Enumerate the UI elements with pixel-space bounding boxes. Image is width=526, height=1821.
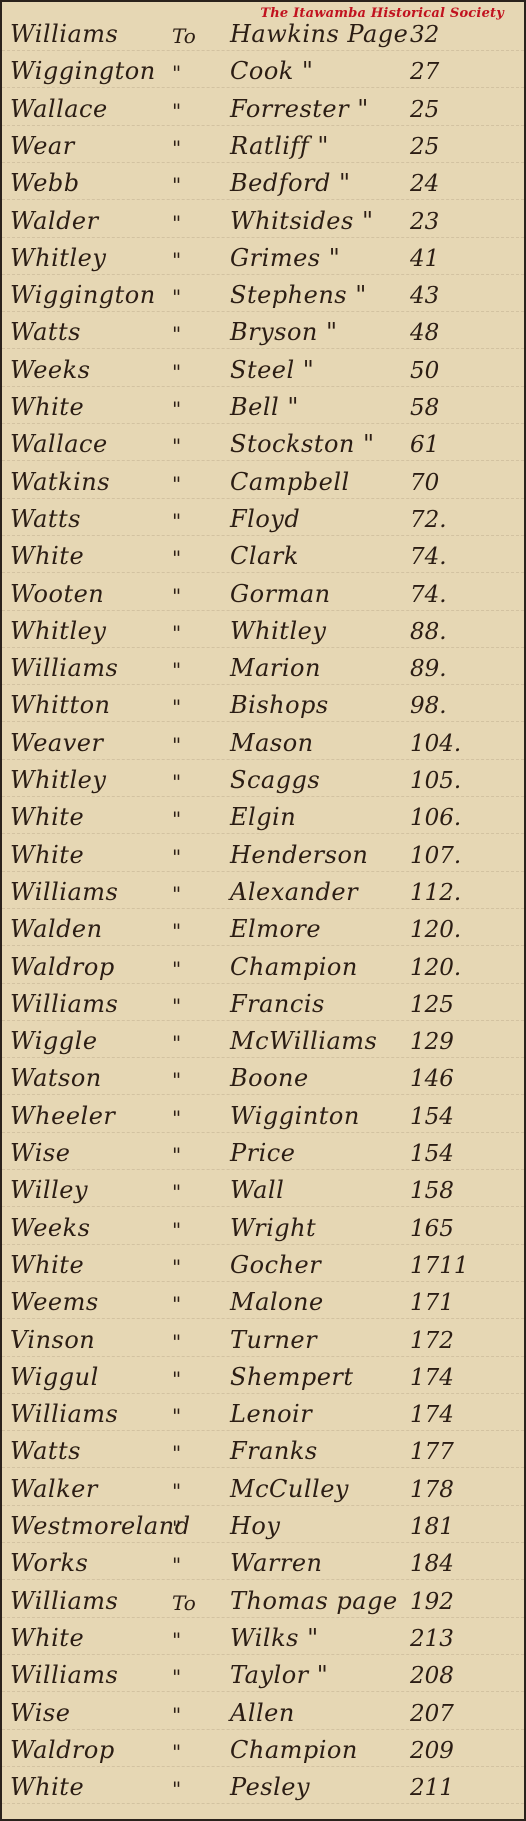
ditto-mark: " <box>172 882 181 906</box>
index-row: Wise"Allen207 <box>2 1695 524 1731</box>
ditto-mark: " <box>172 173 181 197</box>
page-number: 48 <box>410 320 439 346</box>
page-number: 154 <box>410 1141 454 1167</box>
page-number: 43 <box>410 283 439 309</box>
name-text: Shempert <box>230 1363 354 1391</box>
surname-text: Williams <box>10 878 118 906</box>
index-row: Watts"Floyd72. <box>2 501 524 537</box>
ditto-mark: " <box>172 1330 181 1354</box>
index-row: Works"Warren184 <box>2 1545 524 1581</box>
surname-text: Wise <box>10 1139 70 1167</box>
index-row: Williams"Francis125 <box>2 986 524 1022</box>
ditto-mark: " <box>172 1180 181 1204</box>
name-text: Bell " <box>230 393 299 421</box>
surname-text: Walden <box>10 915 103 943</box>
ditto-mark: " <box>172 472 181 496</box>
page-number: 25 <box>410 97 439 123</box>
surname-text: Wiggington <box>10 281 156 309</box>
page-number: 207 <box>410 1701 454 1727</box>
page-number: 106. <box>410 805 461 831</box>
ditto-mark: " <box>172 1292 181 1316</box>
name-text: Boone <box>230 1064 309 1092</box>
page-number: 209 <box>410 1738 454 1764</box>
name-text: Allen <box>230 1699 295 1727</box>
name-text: Gocher <box>230 1251 321 1279</box>
ditto-mark: " <box>172 1068 181 1092</box>
name-text: Turner <box>230 1326 317 1354</box>
index-row: Whitley"Grimes "41 <box>2 240 524 276</box>
ditto-mark: " <box>172 1740 181 1764</box>
index-row: Waldrop"Champion209 <box>2 1732 524 1768</box>
name-text: Bishops <box>230 691 329 719</box>
surname-text: Vinson <box>10 1326 95 1354</box>
name-text: Stephens " <box>230 281 367 309</box>
page-number: 104. <box>410 731 461 757</box>
index-row: Whitton"Bishops98. <box>2 687 524 723</box>
surname-text: White <box>10 841 84 869</box>
index-row: Wiggul"Shempert174 <box>2 1359 524 1395</box>
index-row: Willey"Wall158 <box>2 1172 524 1208</box>
name-text: Stockston " <box>230 430 375 458</box>
index-row: Westmoreland"Hoy181 <box>2 1508 524 1544</box>
ditto-mark: " <box>172 658 181 682</box>
name-text: Franks <box>230 1437 318 1465</box>
name-text: Scaggs <box>230 766 320 794</box>
surname-text: Watson <box>10 1064 102 1092</box>
index-row: Whitley"Whitley88. <box>2 613 524 649</box>
name-text: Steel " <box>230 356 314 384</box>
page-number: 213 <box>410 1626 454 1652</box>
ditto-mark: " <box>172 621 181 645</box>
ditto-mark: " <box>172 957 181 981</box>
index-row: Wallace"Forrester "25 <box>2 91 524 127</box>
page-number: 107. <box>410 843 461 869</box>
ditto-mark: " <box>172 1218 181 1242</box>
page-number: 129 <box>410 1029 454 1055</box>
name-text: Gorman <box>230 580 331 608</box>
ditto-mark: " <box>172 509 181 533</box>
surname-text: Walker <box>10 1475 98 1503</box>
surname-text: White <box>10 1773 84 1801</box>
surname-text: Wheeler <box>10 1102 115 1130</box>
surname-text: White <box>10 393 84 421</box>
index-row: WilliamsToHawkins Page32 <box>2 16 524 52</box>
surname-text: Wear <box>10 132 75 160</box>
ditto-mark: " <box>172 211 181 235</box>
page-number: 105. <box>410 768 461 794</box>
ditto-mark: " <box>172 919 181 943</box>
index-row: Williams"Taylor "208 <box>2 1657 524 1693</box>
name-text: Floyd <box>230 505 300 533</box>
ditto-mark: " <box>172 994 181 1018</box>
name-text: Campbell <box>230 468 350 496</box>
page-number: 120. <box>410 917 461 943</box>
name-text: Ratliff " <box>230 132 329 160</box>
page-number: 1711 <box>410 1253 469 1279</box>
surname-text: Wooten <box>10 580 104 608</box>
index-row: Vinson"Turner172 <box>2 1322 524 1358</box>
page-number: 174 <box>410 1365 454 1391</box>
surname-text: Works <box>10 1549 88 1577</box>
index-row: White"Gocher1711 <box>2 1247 524 1283</box>
index-row: White"Clark74. <box>2 538 524 574</box>
ditto-mark: " <box>172 1703 181 1727</box>
ditto-mark: " <box>172 1255 181 1279</box>
name-text: Wall <box>230 1176 284 1204</box>
name-text: Thomas page <box>230 1587 398 1615</box>
surname-text: Williams <box>10 1587 118 1615</box>
index-row: Watson"Boone146 <box>2 1060 524 1096</box>
name-text: McCulley <box>230 1475 349 1503</box>
page-number: 72. <box>410 507 447 533</box>
page-number: 74. <box>410 582 447 608</box>
surname-text: Williams <box>10 654 118 682</box>
surname-text: Weeks <box>10 356 90 384</box>
ditto-mark: " <box>172 1031 181 1055</box>
page-number: 146 <box>410 1066 454 1092</box>
index-row: Wear"Ratliff "25 <box>2 128 524 164</box>
surname-text: Whitton <box>10 691 111 719</box>
surname-text: Weems <box>10 1288 99 1316</box>
surname-text: Williams <box>10 20 118 48</box>
surname-text: Whitley <box>10 244 106 272</box>
page-number: 174 <box>410 1402 454 1428</box>
surname-text: Willey <box>10 1176 88 1204</box>
name-text: Malone <box>230 1288 324 1316</box>
page-number: 88. <box>410 619 447 645</box>
index-row: Wooten"Gorman74. <box>2 576 524 612</box>
name-text: Pesley <box>230 1773 310 1801</box>
index-row: Williams"Lenoir174 <box>2 1396 524 1432</box>
page-number: 70 <box>410 470 439 496</box>
document-page: The Itawamba Historical Society Williams… <box>0 0 526 1821</box>
ditto-mark: " <box>172 584 181 608</box>
ditto-mark: " <box>172 1777 181 1801</box>
name-text: Elgin <box>230 803 296 831</box>
page-number: 208 <box>410 1663 454 1689</box>
name-text: Champion <box>230 1736 358 1764</box>
ditto-mark: " <box>172 136 181 160</box>
ditto-mark: To <box>172 1591 196 1615</box>
surname-text: Watkins <box>10 468 110 496</box>
name-text: Henderson <box>230 841 368 869</box>
ditto-mark: " <box>172 322 181 346</box>
index-row: Williams"Alexander112. <box>2 874 524 910</box>
index-row: Weeks"Wright165 <box>2 1210 524 1246</box>
surname-text: Wise <box>10 1699 70 1727</box>
surname-text: White <box>10 1624 84 1652</box>
ditto-mark: " <box>172 61 181 85</box>
surname-text: Watts <box>10 1437 81 1465</box>
name-text: Forrester " <box>230 95 369 123</box>
name-text: Marion <box>230 654 321 682</box>
surname-text: Wallace <box>10 430 108 458</box>
surname-text: Waldrop <box>10 1736 115 1764</box>
ditto-mark: " <box>172 807 181 831</box>
surname-text: Waldrop <box>10 953 115 981</box>
page-number: 171 <box>410 1290 454 1316</box>
surname-text: Weeks <box>10 1214 90 1242</box>
name-text: Price <box>230 1139 295 1167</box>
name-text: Grimes " <box>230 244 340 272</box>
surname-text: Whitley <box>10 617 106 645</box>
index-row: Waldrop"Champion120. <box>2 949 524 985</box>
surname-text: White <box>10 542 84 570</box>
ditto-mark: " <box>172 1367 181 1391</box>
ditto-mark: " <box>172 99 181 123</box>
index-row: Walder"Whitsides "23 <box>2 203 524 239</box>
name-text: Bryson " <box>230 318 338 346</box>
index-row: Wheeler"Wigginton154 <box>2 1098 524 1134</box>
page-number: 27 <box>410 59 439 85</box>
index-entries: WilliamsToHawkins Page32Wiggington"Cook … <box>2 2 524 1819</box>
name-text: Wilks " <box>230 1624 319 1652</box>
name-text: Mason <box>230 729 314 757</box>
surname-text: Weaver <box>10 729 103 757</box>
ditto-mark: To <box>172 24 196 48</box>
name-text: McWilliams <box>230 1027 377 1055</box>
index-row: Williams"Marion89. <box>2 650 524 686</box>
surname-text: Williams <box>10 990 118 1018</box>
page-number: 177 <box>410 1439 454 1465</box>
name-text: Warren <box>230 1549 323 1577</box>
index-row: Watkins"Campbell70 <box>2 464 524 500</box>
surname-text: White <box>10 1251 84 1279</box>
name-text: Taylor " <box>230 1661 328 1689</box>
page-number: 192 <box>410 1589 454 1615</box>
ditto-mark: " <box>172 1441 181 1465</box>
name-text: Wigginton <box>230 1102 360 1130</box>
ditto-mark: " <box>172 1628 181 1652</box>
ditto-mark: " <box>172 1516 181 1540</box>
index-row: Wiggington"Cook "27 <box>2 53 524 89</box>
index-row: White"Pesley211 <box>2 1769 524 1805</box>
surname-text: Wiggle <box>10 1027 98 1055</box>
ditto-mark: " <box>172 434 181 458</box>
name-text: Cook " <box>230 57 313 85</box>
surname-text: Wiggington <box>10 57 156 85</box>
index-row: Whitley"Scaggs105. <box>2 762 524 798</box>
ditto-mark: " <box>172 733 181 757</box>
ditto-mark: " <box>172 546 181 570</box>
ditto-mark: " <box>172 1479 181 1503</box>
ditto-mark: " <box>172 248 181 272</box>
name-text: Francis <box>230 990 325 1018</box>
name-text: Champion <box>230 953 358 981</box>
ditto-mark: " <box>172 1553 181 1577</box>
page-number: 165 <box>410 1216 454 1242</box>
ditto-mark: " <box>172 1665 181 1689</box>
surname-text: Williams <box>10 1400 118 1428</box>
index-row: Weeks"Steel "50 <box>2 352 524 388</box>
watermark-text: The Itawamba Historical Society <box>260 6 504 21</box>
surname-text: Watts <box>10 318 81 346</box>
name-text: Whitsides " <box>230 207 374 235</box>
surname-text: Webb <box>10 169 80 197</box>
page-number: 125 <box>410 992 454 1018</box>
name-text: Lenoir <box>230 1400 312 1428</box>
page-number: 23 <box>410 209 439 235</box>
page-number: 50 <box>410 358 439 384</box>
surname-text: White <box>10 803 84 831</box>
name-text: Wright <box>230 1214 316 1242</box>
index-row: Webb"Bedford "24 <box>2 165 524 201</box>
index-row: White"Henderson107. <box>2 837 524 873</box>
name-text: Clark <box>230 542 299 570</box>
page-number: 98. <box>410 693 447 719</box>
page-number: 211 <box>410 1775 454 1801</box>
ditto-mark: " <box>172 285 181 309</box>
index-row: White"Bell "58 <box>2 389 524 425</box>
name-text: Whitley <box>230 617 326 645</box>
page-number: 154 <box>410 1104 454 1130</box>
page-number: 112. <box>410 880 461 906</box>
name-text: Bedford " <box>230 169 351 197</box>
surname-text: Watts <box>10 505 81 533</box>
index-row: White"Wilks "213 <box>2 1620 524 1656</box>
page-number: 184 <box>410 1551 454 1577</box>
index-row: Watts"Franks177 <box>2 1433 524 1469</box>
surname-text: Williams <box>10 1661 118 1689</box>
surname-text: Whitley <box>10 766 106 794</box>
page-number: 181 <box>410 1514 454 1540</box>
page-number: 172 <box>410 1328 454 1354</box>
ditto-mark: " <box>172 397 181 421</box>
page-number: 41 <box>410 246 439 272</box>
index-row: Wallace"Stockston "61 <box>2 426 524 462</box>
surname-text: Wallace <box>10 95 108 123</box>
name-text: Elmore <box>230 915 321 943</box>
index-row: Wise"Price154 <box>2 1135 524 1171</box>
index-row: Wiggle"McWilliams129 <box>2 1023 524 1059</box>
page-number: 158 <box>410 1178 454 1204</box>
page-number: 24 <box>410 171 439 197</box>
page-number: 120. <box>410 955 461 981</box>
surname-text: Wiggul <box>10 1363 99 1391</box>
surname-text: Walder <box>10 207 99 235</box>
name-text: Hoy <box>230 1512 280 1540</box>
ditto-mark: " <box>172 770 181 794</box>
ditto-mark: " <box>172 845 181 869</box>
page-number: 32 <box>410 22 439 48</box>
surname-text: Westmoreland <box>10 1512 191 1540</box>
index-row: Weaver"Mason104. <box>2 725 524 761</box>
page-number: 89. <box>410 656 447 682</box>
index-row: Walden"Elmore120. <box>2 911 524 947</box>
index-row: Weems"Malone171 <box>2 1284 524 1320</box>
page-number: 74. <box>410 544 447 570</box>
index-row: Watts"Bryson "48 <box>2 314 524 350</box>
name-text: Alexander <box>230 878 358 906</box>
index-row: White"Elgin106. <box>2 799 524 835</box>
page-number: 58 <box>410 395 439 421</box>
page-number: 25 <box>410 134 439 160</box>
ditto-mark: " <box>172 360 181 384</box>
ditto-mark: " <box>172 1143 181 1167</box>
ditto-mark: " <box>172 1106 181 1130</box>
ditto-mark: " <box>172 695 181 719</box>
name-text: Hawkins Page <box>230 20 408 48</box>
index-row: WilliamsToThomas page192 <box>2 1583 524 1619</box>
index-row: Wiggington"Stephens "43 <box>2 277 524 313</box>
ditto-mark: " <box>172 1404 181 1428</box>
page-number: 61 <box>410 432 439 458</box>
page-number: 178 <box>410 1477 454 1503</box>
index-row: Walker"McCulley178 <box>2 1471 524 1507</box>
